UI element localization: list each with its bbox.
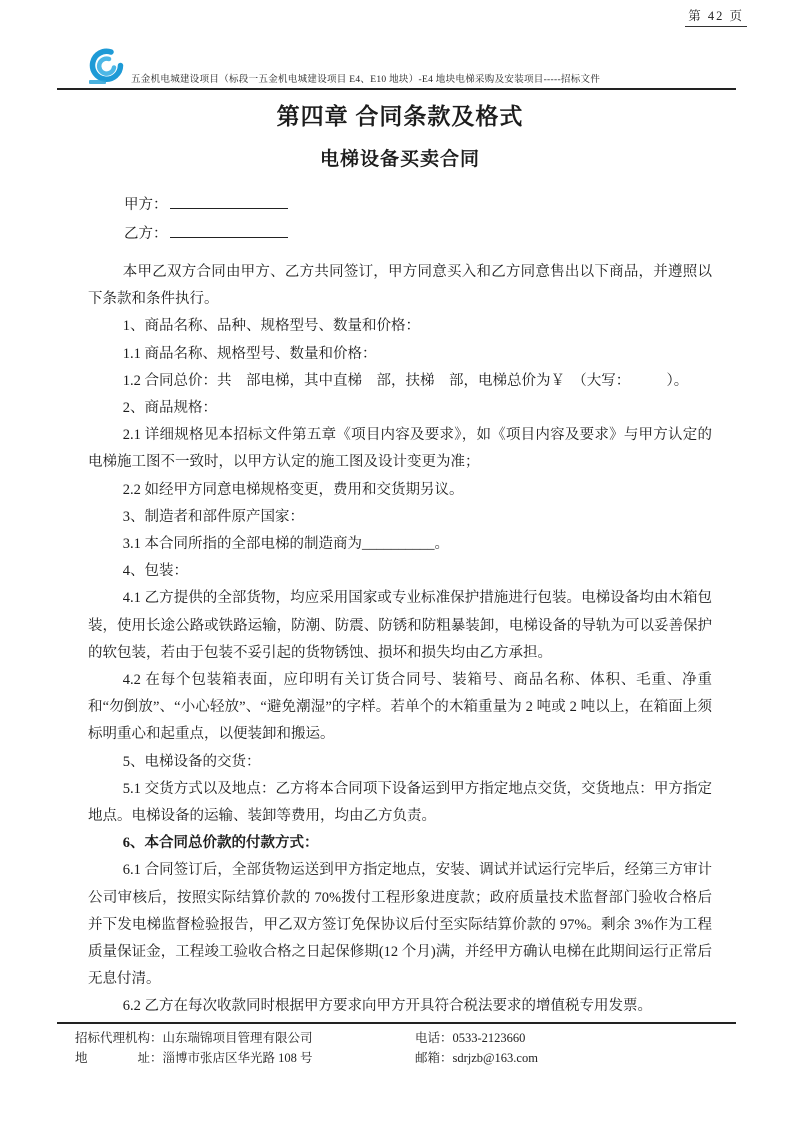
paragraph: 3.1 本合同所指的全部电梯的制造商为__________。 bbox=[88, 531, 712, 558]
contract-body: 本甲乙双方合同由甲方、乙方共同签订，甲方同意买入和乙方同意售出以下商品，并遵照以… bbox=[88, 259, 712, 1021]
chapter-title: 第四章 合同条款及格式 bbox=[88, 98, 712, 131]
paragraph: 6.2 乙方在每次收款同时根据甲方要求向甲方开具符合税法要求的增值税专用发票。 bbox=[88, 993, 712, 1020]
paragraph: 5、电梯设备的交货： bbox=[88, 749, 712, 776]
party-a-line: 甲方： bbox=[124, 191, 712, 220]
paragraph: 6.1 合同签订后，全部货物运送到甲方指定地点，安装、调试并试运行完毕后，经第三… bbox=[88, 857, 712, 993]
logo-caption bbox=[89, 80, 106, 84]
paragraph: 3、制造者和部件原产国家： bbox=[88, 504, 712, 531]
party-b-label: 乙方： bbox=[124, 226, 168, 242]
party-a-label: 甲方： bbox=[124, 197, 168, 213]
paragraph: 4.2 在每个包装箱表面，应印明有关订货合同号、装箱号、商品名称、体积、毛重、净… bbox=[88, 667, 712, 749]
document-page: 五金机电城建设项目（标段一五金机电城建设项目 E4、E10 地块）-E4 地块电… bbox=[0, 0, 793, 1122]
paragraph: 1、商品名称、品种、规格型号、数量和价格： bbox=[88, 313, 712, 340]
footer-address: 地 址：淄博市张店区华光路 108 号 bbox=[75, 1048, 415, 1068]
footer-agency: 招标代理机构：山东瑞锦项目管理有限公司 bbox=[75, 1028, 415, 1048]
page-footer: 招标代理机构：山东瑞锦项目管理有限公司 地 址：淄博市张店区华光路 108 号 … bbox=[57, 1022, 736, 1068]
footer-phone: 电话：0533-2123660 bbox=[415, 1028, 736, 1048]
page-number: 第 42 页 bbox=[685, 6, 747, 27]
paragraph: 2、商品规格： bbox=[88, 395, 712, 422]
paragraph: 1.2 合同总价：共 部电梯，其中直梯 部，扶梯 部，电梯总价为￥ （大写： ）… bbox=[88, 368, 712, 395]
footer-email: 邮箱：sdrjzb@163.com bbox=[415, 1048, 736, 1068]
paragraph: 2.1 详细规格见本招标文件第五章《项目内容及要求》，如《项目内容及要求》与甲方… bbox=[88, 422, 712, 476]
page-header: 五金机电城建设项目（标段一五金机电城建设项目 E4、E10 地块）-E4 地块电… bbox=[57, 42, 736, 90]
paragraph: 5.1 交货方式以及地点：乙方将本合同项下设备运到甲方指定地点交货，交货地点：甲… bbox=[88, 776, 712, 830]
paragraph: 1.1 商品名称、规格型号、数量和价格： bbox=[88, 341, 712, 368]
paragraph: 4.1 乙方提供的全部货物，均应采用国家或专业标准保护措施进行包装。电梯设备均由… bbox=[88, 585, 712, 667]
party-a-blank bbox=[170, 194, 288, 209]
paragraph: 6、本合同总价款的付款方式： bbox=[88, 830, 712, 857]
contract-content: 第四章 合同条款及格式 电梯设备买卖合同 甲方： 乙方： 本甲乙双方合同由甲方、… bbox=[88, 94, 712, 1021]
paragraph: 4、包装： bbox=[88, 558, 712, 585]
paragraph: 2.2 如经甲方同意电梯规格变更，费用和交货期另议。 bbox=[88, 477, 712, 504]
paragraph: 本甲乙双方合同由甲方、乙方共同签订，甲方同意买入和乙方同意售出以下商品，并遵照以… bbox=[88, 259, 712, 313]
contract-title: 电梯设备买卖合同 bbox=[88, 144, 712, 171]
party-b-blank bbox=[170, 223, 288, 238]
party-b-line: 乙方： bbox=[124, 220, 712, 249]
header-project-title: 五金机电城建设项目（标段一五金机电城建设项目 E4、E10 地块）-E4 地块电… bbox=[131, 71, 600, 85]
parties-block: 甲方： 乙方： bbox=[124, 191, 712, 249]
